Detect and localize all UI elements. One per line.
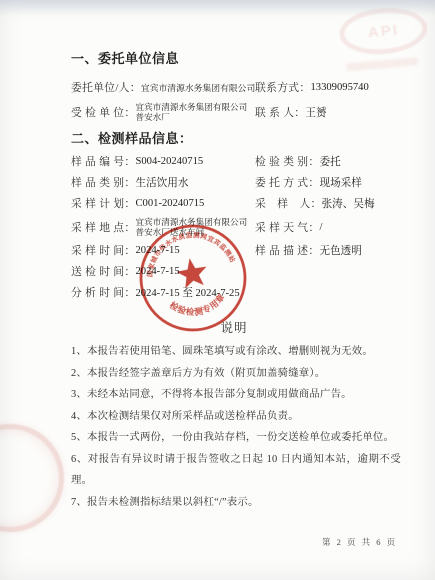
field-label: 检 验 类 别： [255,154,319,169]
field-row-sampling-plan: 采 样 计 划： C001-20240715 采 样 人： 张涛、吴梅 [71,193,397,214]
note-item-6: 6、对报告有异议时请于报告签收之日起 10 日内通知本站，逾期不受理。 [71,449,401,492]
field-value: S004-20240715 [135,156,203,167]
field-cell: 联系方式： 13309095740 [255,80,397,95]
field-label: 委托单位/人： [71,80,141,95]
field-label: 样 品 描 述： [255,243,319,258]
field-label: 委 托 方 式： [255,175,319,190]
note-item-3: 3、未经本站同意，不得将本报告部分复制或用做商品广告。 [71,384,401,406]
inspection-seal: 国家城市供水水质监测网宜宾监测站 检验检测专用章 [127,212,259,344]
section-heading-client: 一、委托单位信息 [71,51,397,67]
field-label: 送 检 时 间： [71,264,135,279]
field-cell: 样 品 编 号： S004-20240715 [71,154,255,169]
scan-edge-shadow-top [0,0,435,16]
field-row-client-unit: 委托单位/人： 宜宾市清源水务集团有限公司 联系方式： 13309095740 [71,75,397,99]
note-item-1: 1、本报告若使用铅笔、圆珠笔填写或有涂改、增删则视为无效。 [71,341,401,363]
field-label: 联系方式： [255,80,310,95]
field-value-multiline: 宜宾市清源水务集团有限公司 普安水厂 [135,102,247,123]
field-label: 采 样 人： [255,196,322,211]
section-heading-sample: 二、检测样品信息： [71,131,397,147]
seal-bottom-text: 检验检测专用章 [166,290,229,322]
field-label: 样 品 编 号： [71,154,135,169]
field-value-line2: 普安水厂 [135,112,247,123]
field-value: 王赟 [305,105,326,120]
field-value: 无色透明 [319,243,361,258]
field-value: 张涛、吴梅 [322,196,375,211]
watermark-text: API [367,21,399,41]
seal-star-icon [175,256,210,290]
note-item-5: 5、本报告一式两份，一份由我站存档，一份交送检单位或委托单位。 [71,427,401,449]
field-cell: 采 样 计 划： C001-20240715 [71,196,255,211]
field-value: 生活饮用水 [135,175,188,190]
note-item-2: 2、本报告经签字盖章后方为有效（附页加盖骑缝章）。 [71,363,401,385]
field-label: 采 样 时 间： [71,243,135,258]
field-value: 宜宾市清源水务集团有限公司 [141,81,255,94]
field-value-line1: 宜宾市清源水务集团有限公司 [135,102,247,113]
field-row-sample-no: 样 品 编 号： S004-20240715 检 验 类 别： 委托 [71,151,397,172]
field-value: / [319,222,322,233]
field-label: 采 样 天 气： [255,220,319,235]
field-cell: 样 品 类 别： 生活饮用水 [71,175,255,190]
field-value: 现场采样 [319,175,361,190]
scanned-report-page: API 一、委托单位信息 委托单位/人： 宜宾市清源水务集团有限公司 联系方式：… [0,0,435,580]
field-value: C001-20240715 [135,198,204,209]
field-value: 13309095740 [310,82,368,93]
notes-list: 1、本报告若使用铅笔、圆珠笔填写或有涂改、增删则视为无效。 2、本报告经签字盖章… [71,341,401,513]
field-label: 采 样 地 点： [71,220,135,235]
field-label: 样 品 类 别： [71,175,135,190]
field-cell: 受 检 单 位： 宜宾市清源水务集团有限公司 普安水厂 [71,102,255,123]
note-item-4: 4、本次检测结果仅对所采样品或送检样品负责。 [71,406,401,428]
field-cell: 委 托 方 式： 现场采样 [255,175,397,190]
field-row-inspected-unit: 受 检 单 位： 宜宾市清源水务集团有限公司 普安水厂 联 系 人： 王赟 [71,99,397,125]
page-footer: 第 2 页 共 6 页 [322,536,397,548]
field-cell: 采 样 人： 张涛、吴梅 [255,196,397,211]
field-label: 分 析 时 间： [71,285,135,300]
note-item-7: 7、报告未检测指标结果以斜杠“/”表示。 [71,492,401,514]
field-label: 联 系 人： [255,105,305,120]
field-value: 委托 [319,154,340,169]
field-cell: 委托单位/人： 宜宾市清源水务集团有限公司 [71,80,255,95]
field-cell: 检 验 类 别： 委托 [255,154,397,169]
field-cell: 样 品 描 述： 无色透明 [255,243,397,258]
field-row-sample-type: 样 品 类 别： 生活饮用水 委 托 方 式： 现场采样 [71,172,397,193]
faint-partial-stamp [0,424,64,532]
field-cell: 联 系 人： 王赟 [255,105,397,120]
field-label: 采 样 计 划： [71,196,135,211]
field-label: 受 检 单 位： [71,105,135,120]
field-cell: 采 样 天 气： / [255,220,397,235]
